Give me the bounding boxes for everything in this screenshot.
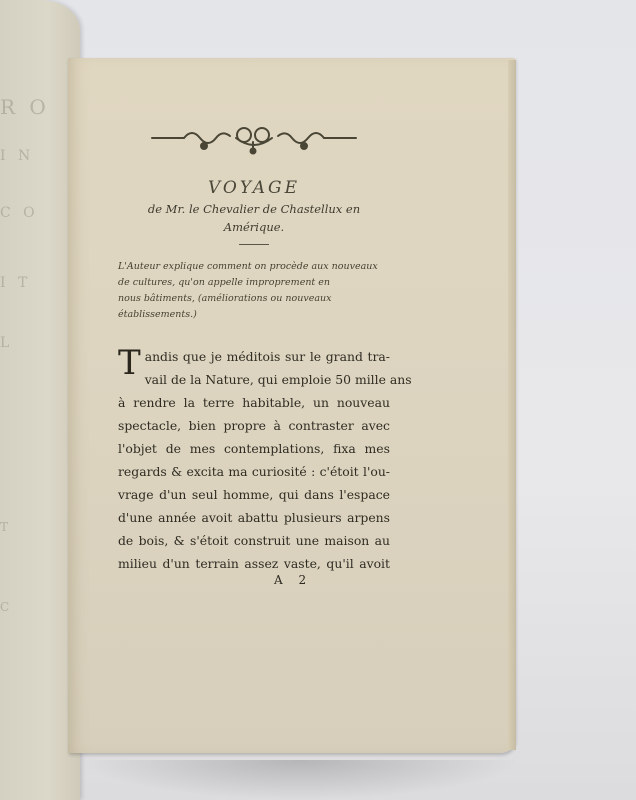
- body-line: regards & excita ma curiosité : c'étoit …: [118, 460, 390, 483]
- body-line: spectacle, bien propre à contraster avec: [118, 414, 390, 437]
- ghost-text: C O: [0, 205, 39, 221]
- page-shadow: [80, 760, 520, 800]
- signature-mark: A 2: [274, 573, 312, 587]
- body-line: andis que je méditois sur le grand tra-: [118, 345, 390, 368]
- subtitle-line: Amérique.: [118, 218, 390, 236]
- floral-ornament-icon: [144, 120, 364, 156]
- summary-line: L'Auteur explique comment on procède aux…: [132, 259, 386, 275]
- ghost-text: T: [0, 520, 12, 534]
- summary-line: de cultures, qu'on appelle improprement …: [132, 275, 386, 291]
- ghost-text: I T: [0, 275, 31, 291]
- divider-rule: [239, 244, 269, 245]
- body-line: l'objet de mes contemplations, fixa mes: [118, 437, 390, 460]
- body-line: d'une année avoit abattu plusieurs arpen…: [118, 506, 390, 529]
- page-edge: [508, 60, 516, 750]
- chapter-title: VOYAGE: [118, 178, 390, 198]
- body-line: vail de la Nature, qui emploie 50 mille …: [118, 368, 390, 391]
- body-line: à rendre la terre habitable, un nouveau: [118, 391, 390, 414]
- ghost-text: I N: [0, 148, 34, 164]
- summary-line: nous bâtiments, (améliorations ou nouvea…: [132, 291, 386, 307]
- page-content: VOYAGE de Mr. le Chevalier de Chastellux…: [118, 120, 390, 575]
- subtitle-line: de Mr. le Chevalier de Chastellux en: [118, 200, 390, 218]
- body-line: milieu d'un terrain assez vaste, qu'il a…: [118, 552, 390, 575]
- body-line: vrage d'un seul homme, qui dans l'espace: [118, 483, 390, 506]
- body-line: de bois, & s'étoit construit une maison …: [118, 529, 390, 552]
- ghost-text: L: [0, 335, 13, 351]
- chapter-subtitle: de Mr. le Chevalier de Chastellux en Amé…: [118, 200, 390, 236]
- drop-cap: T: [118, 347, 141, 379]
- summary-line: établissements.): [132, 307, 386, 323]
- body-text: T andis que je méditois sur le grand tra…: [118, 345, 390, 575]
- ghost-text: C: [0, 600, 13, 614]
- ghost-text: R O: [0, 95, 50, 119]
- chapter-summary: L'Auteur explique comment on procède aux…: [118, 259, 386, 323]
